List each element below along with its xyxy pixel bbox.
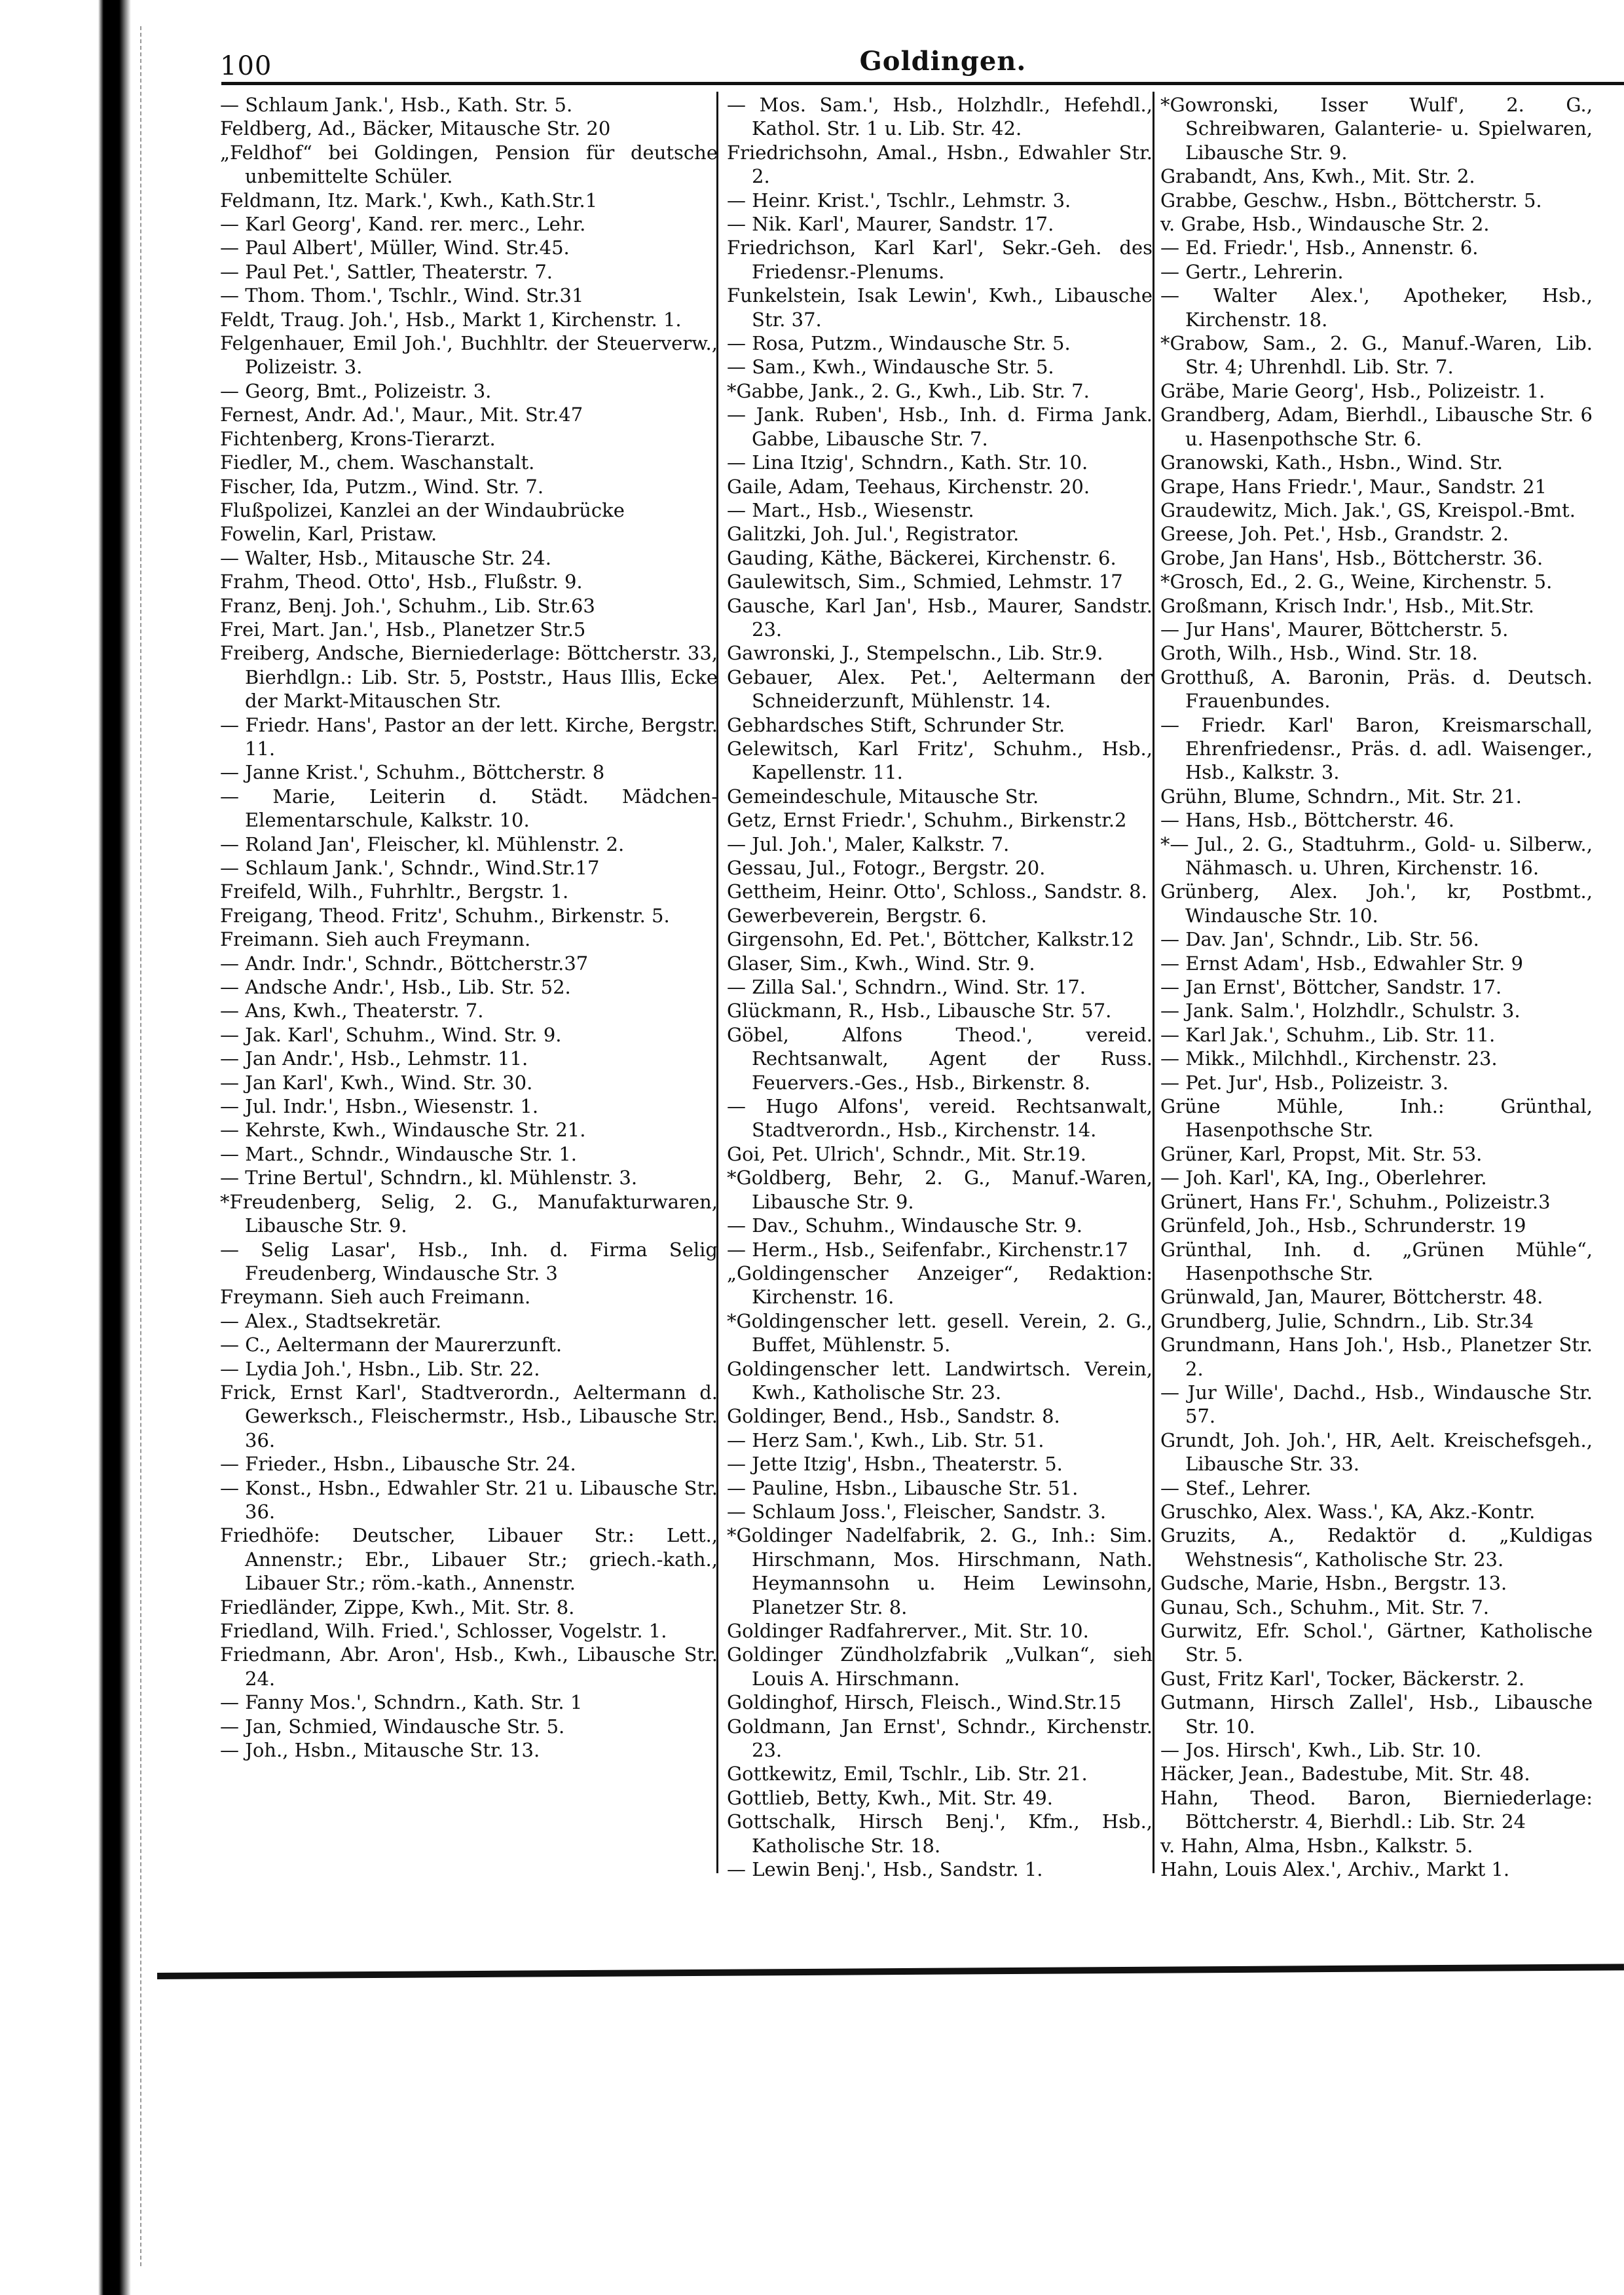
directory-entry: — Konst., Hsbn., Edwahler Str. 21 u. Lib…	[220, 1476, 718, 1524]
directory-entry: Funkelstein, Isak Lewin', Kwh., Libausch…	[727, 284, 1153, 331]
directory-entry: Gust, Fritz Karl', Tocker, Bäckerstr. 2.	[1160, 1667, 1593, 1690]
directory-entry: Gaulewitsch, Sim., Schmied, Lehmstr. 17	[727, 570, 1153, 593]
directory-entry: Fiedler, M., chem. Waschanstalt.	[220, 451, 718, 474]
directory-entry: *Gowronski, Isser Wulf', 2. G., Schreibw…	[1160, 93, 1593, 164]
directory-entry: — Walter, Hsb., Mitausche Str. 24.	[220, 546, 718, 570]
directory-entry: Hahn, Theod. Baron, Bierniederlage: Bött…	[1160, 1786, 1593, 1834]
directory-entry: Friedländer, Zippe, Kwh., Mit. Str. 8.	[220, 1595, 718, 1619]
directory-entry: Greese, Joh. Pet.', Hsb., Grandstr. 2.	[1160, 522, 1593, 546]
directory-entry: Gurwitz, Efr. Schol.', Gärtner, Katholis…	[1160, 1619, 1593, 1667]
directory-entry: Grape, Hans Friedr.', Maur., Sandstr. 21	[1160, 475, 1593, 498]
directory-entry: Gausche, Karl Jan', Hsb., Maurer, Sandst…	[727, 594, 1153, 642]
directory-entry: Göbel, Alfons Theod.', vereid. Rechtsanw…	[727, 1023, 1153, 1094]
directory-entry: — Jan Andr.', Hsb., Lehmstr. 11.	[220, 1047, 718, 1070]
directory-entry: — Mart., Schndr., Windausche Str. 1.	[220, 1142, 718, 1166]
directory-entry: *Grabow, Sam., 2. G., Manuf.-Waren, Lib.…	[1160, 331, 1593, 379]
directory-entry: — Alex., Stadtsekretär.	[220, 1309, 718, 1333]
directory-entry: — Nik. Karl', Maurer, Sandstr. 17.	[727, 212, 1153, 236]
directory-entry: — Jur Hans', Maurer, Böttcherstr. 5.	[1160, 618, 1593, 641]
directory-entry: — Frieder., Hsbn., Libausche Str. 24.	[220, 1452, 718, 1476]
directory-entry: Gunau, Sch., Schuhm., Mit. Str. 7.	[1160, 1595, 1593, 1619]
footer-rule	[157, 1964, 1624, 1979]
directory-entry: Gettheim, Heinr. Otto', Schloss., Sandst…	[727, 880, 1153, 903]
directory-entry: Gawronski, J., Stempelschn., Lib. Str.9.	[727, 641, 1153, 665]
directory-entry: Hahn, Louis Alex.', Archiv., Markt 1.	[1160, 1857, 1593, 1881]
directory-entry: — Herm., Hsb., Seifenfabr., Kirchenstr.1…	[727, 1238, 1153, 1261]
directory-entry: — Friedr. Hans', Pastor an der lett. Kir…	[220, 713, 718, 761]
directory-entry: *Goldingenscher lett. gesell. Verein, 2.…	[727, 1309, 1153, 1357]
directory-entry: Feldt, Traug. Joh.', Hsb., Markt 1, Kirc…	[220, 308, 718, 331]
directory-entry: — Hugo Alfons', vereid. Rechtsanwalt, St…	[727, 1094, 1153, 1142]
directory-entry: — Ed. Friedr.', Hsb., Annenstr. 6.	[1160, 236, 1593, 259]
directory-entry: Friedland, Wilh. Fried.', Schlosser, Vog…	[220, 1619, 718, 1643]
directory-entry: — Jos. Hirsch', Kwh., Lib. Str. 10.	[1160, 1738, 1593, 1762]
directory-entry: Freimann. Sieh auch Freymann.	[220, 927, 718, 951]
directory-entry: Häcker, Jean., Badestube, Mit. Str. 48.	[1160, 1762, 1593, 1785]
directory-entry: — Zilla Sal.', Schndrn., Wind. Str. 17.	[727, 975, 1153, 999]
directory-entry: Grundt, Joh. Joh.', HR, Aelt. Kreischefs…	[1160, 1428, 1593, 1476]
directory-entry: Frei, Mart. Jan.', Hsb., Planetzer Str.5	[220, 618, 718, 641]
directory-entry: Feldberg, Ad., Bäcker, Mitausche Str. 20	[220, 117, 718, 140]
directory-entry: Groth, Wilh., Hsb., Wind. Str. 18.	[1160, 641, 1593, 665]
directory-entry: — Jan Ernst', Böttcher, Sandstr. 17.	[1160, 975, 1593, 999]
directory-entry: — Ernst Adam', Hsb., Edwahler Str. 9	[1160, 952, 1593, 975]
directory-entry: Frahm, Theod. Otto', Hsb., Flußstr. 9.	[220, 570, 718, 593]
directory-entry: — Joh., Hsbn., Mitausche Str. 13.	[220, 1738, 718, 1762]
directory-entry: Grobe, Jan Hans', Hsb., Böttcherstr. 36.	[1160, 546, 1593, 570]
directory-entry: Gräbe, Marie Georg', Hsb., Polizeistr. 1…	[1160, 379, 1593, 403]
directory-entry: — Janne Krist.', Schuhm., Böttcherstr. 8	[220, 760, 718, 784]
directory-entry: Fischer, Ida, Putzm., Wind. Str. 7.	[220, 475, 718, 498]
directory-entry: *— Jul., 2. G., Stadtuhrm., Gold- u. Sil…	[1160, 832, 1593, 880]
directory-entry: *Grosch, Ed., 2. G., Weine, Kirchenstr. …	[1160, 570, 1593, 593]
directory-entry: — Schlaum Joss.', Fleischer, Sandstr. 3.	[727, 1500, 1153, 1523]
directory-entry: — Gertr., Lehrerin.	[1160, 260, 1593, 284]
directory-entry: Grühn, Blume, Schndrn., Mit. Str. 21.	[1160, 785, 1593, 808]
directory-entry: *Freudenberg, Selig, 2. G., Manufakturwa…	[220, 1190, 718, 1238]
directory-entry: Gauding, Käthe, Bäckerei, Kirchenstr. 6.	[727, 546, 1153, 570]
directory-column-1: — Schlaum Jank.', Hsb., Kath. Str. 5.Fel…	[220, 93, 718, 1762]
directory-entry: Gebauer, Alex. Pet.', Aeltermann der Sch…	[727, 665, 1153, 713]
directory-entry: Grundberg, Julie, Schndrn., Lib. Str.34	[1160, 1309, 1593, 1333]
directory-entry: Graudewitz, Mich. Jak.', GS, Kreispol.-B…	[1160, 498, 1593, 522]
directory-entry: — Kehrste, Kwh., Windausche Str. 21.	[220, 1118, 718, 1142]
directory-entry: Gebhardsches Stift, Schrunder Str.	[727, 713, 1153, 737]
directory-entry: v. Hahn, Alma, Hsbn., Kalkstr. 5.	[1160, 1834, 1593, 1857]
directory-entry: Goldinger Zündholzfabrik „Vulkan“, sieh …	[727, 1643, 1153, 1690]
directory-entry: — Georg, Bmt., Polizeistr. 3.	[220, 379, 718, 403]
directory-entry: Feldmann, Itz. Mark.', Kwh., Kath.Str.1	[220, 189, 718, 212]
directory-entry: Gessau, Jul., Fotogr., Bergstr. 20.	[727, 856, 1153, 880]
page-number: 100	[220, 51, 272, 81]
directory-entry: Freiberg, Andsche, Bierniederlage: Böttc…	[220, 641, 718, 713]
header-rule	[221, 82, 1624, 85]
directory-entry: v. Grabe, Hsb., Windausche Str. 2.	[1160, 212, 1593, 236]
directory-entry: „Feldhof“ bei Goldingen, Pension für deu…	[220, 141, 718, 189]
directory-entry: — Mikk., Milchhdl., Kirchenstr. 23.	[1160, 1047, 1593, 1070]
directory-entry: *Goldinger Nadelfabrik, 2. G., Inh.: Sim…	[727, 1523, 1153, 1619]
directory-entry: — Jul. Indr.', Hsbn., Wiesenstr. 1.	[220, 1094, 718, 1118]
directory-entry: — Trine Bertul', Schndrn., kl. Mühlenstr…	[220, 1166, 718, 1189]
directory-entry: Gruschko, Alex. Wass.', KA, Akz.-Kontr.	[1160, 1500, 1593, 1523]
directory-entry: Girgensohn, Ed. Pet.', Böttcher, Kalkstr…	[727, 927, 1153, 951]
directory-entry: — Selig Lasar', Hsb., Inh. d. Firma Seli…	[220, 1238, 718, 1286]
directory-entry: — Herz Sam.', Kwh., Lib. Str. 51.	[727, 1428, 1153, 1452]
directory-entry: Gelewitsch, Karl Fritz', Schuhm., Hsb., …	[727, 737, 1153, 785]
directory-entry: Goldingenscher lett. Landwirtsch. Verein…	[727, 1357, 1153, 1405]
directory-entry: Fichtenberg, Krons-Tierarzt.	[220, 427, 718, 451]
directory-entry: — Rosa, Putzm., Windausche Str. 5.	[727, 331, 1153, 355]
directory-entry: Gaile, Adam, Teehaus, Kirchenstr. 20.	[727, 475, 1153, 498]
directory-entry: Felgenhauer, Emil Joh.', Buchhltr. der S…	[220, 331, 718, 379]
directory-entry: Großmann, Krisch Indr.', Hsb., Mit.Str.	[1160, 594, 1593, 618]
directory-entry: — Marie, Leiterin d. Städt. Mädchen-Elem…	[220, 785, 718, 832]
directory-entry: Gottschalk, Hirsch Benj.', Kfm., Hsb., K…	[727, 1810, 1153, 1857]
directory-entry: Fowelin, Karl, Pristaw.	[220, 522, 718, 546]
directory-entry: — Jank. Salm.', Holzhdlr., Schulstr. 3.	[1160, 999, 1593, 1022]
directory-entry: — Lina Itzig', Schndrn., Kath. Str. 10.	[727, 451, 1153, 474]
directory-entry: — C., Aeltermann der Maurerzunft.	[220, 1333, 718, 1356]
directory-entry: Getz, Ernst Friedr.', Schuhm., Birkenstr…	[727, 808, 1153, 832]
directory-entry: Grünwald, Jan, Maurer, Böttcherstr. 48.	[1160, 1285, 1593, 1309]
directory-entry: — Schlaum Jank.', Hsb., Kath. Str. 5.	[220, 93, 718, 117]
directory-entry: — Dav. Jan', Schndr., Lib. Str. 56.	[1160, 927, 1593, 951]
directory-entry: Freigang, Theod. Fritz', Schuhm., Birken…	[220, 904, 718, 927]
directory-entry: Glaser, Sim., Kwh., Wind. Str. 9.	[727, 952, 1153, 975]
directory-entry: *Gabbe, Jank., 2. G., Kwh., Lib. Str. 7.	[727, 379, 1153, 403]
directory-entry: Freifeld, Wilh., Fuhrhltr., Bergstr. 1.	[220, 880, 718, 903]
directory-entry: Goi, Pet. Ulrich', Schndr., Mit. Str.19.	[727, 1142, 1153, 1166]
directory-entry: Glückmann, R., Hsb., Libausche Str. 57.	[727, 999, 1153, 1022]
directory-entry: Goldinger Radfahrerver., Mit. Str. 10.	[727, 1619, 1153, 1643]
directory-entry: — Karl Jak.', Schuhm., Lib. Str. 11.	[1160, 1023, 1593, 1047]
directory-entry: Grünert, Hans Fr.', Schuhm., Polizeistr.…	[1160, 1190, 1593, 1214]
directory-entry: Gruzits, A., Redaktör d. „Kuldigas Wehst…	[1160, 1523, 1593, 1571]
directory-entry: — Joh. Karl', KA, Ing., Oberlehrer.	[1160, 1166, 1593, 1189]
directory-entry: — Jette Itzig', Hsbn., Theaterstr. 5.	[727, 1452, 1153, 1476]
directory-entry: — Heinr. Krist.', Tschlr., Lehmstr. 3.	[727, 189, 1153, 212]
directory-entry: — Andr. Indr.', Schndr., Böttcherstr.37	[220, 952, 718, 975]
directory-entry: Flußpolizei, Kanzlei an der Windaubrücke	[220, 498, 718, 522]
directory-entry: — Dav., Schuhm., Windausche Str. 9.	[727, 1214, 1153, 1237]
directory-entry: Grünfeld, Joh., Hsb., Schrunderstr. 19	[1160, 1214, 1593, 1237]
directory-entry: — Jank. Ruben', Hsb., Inh. d. Firma Jank…	[727, 403, 1153, 451]
directory-entry: — Roland Jan', Fleischer, kl. Mühlenstr.…	[220, 832, 718, 856]
directory-column-2: — Mos. Sam.', Hsb., Holzhdlr., Hefehdl.,…	[727, 93, 1153, 1881]
directory-entry: Franz, Benj. Joh.', Schuhm., Lib. Str.63	[220, 594, 718, 618]
directory-entry: — Walter Alex.', Apotheker, Hsb., Kirche…	[1160, 284, 1593, 331]
directory-entry: Grabandt, Ans, Kwh., Mit. Str. 2.	[1160, 164, 1593, 188]
directory-entry: Gemeindeschule, Mitausche Str.	[727, 785, 1153, 808]
directory-entry: Grüne Mühle, Inh.: Grünthal, Hasenpothsc…	[1160, 1094, 1593, 1142]
directory-entry: — Jan, Schmied, Windausche Str. 5.	[220, 1715, 718, 1738]
directory-entry: — Andsche Andr.', Hsb., Lib. Str. 52.	[220, 975, 718, 999]
directory-entry: Granowski, Kath., Hsbn., Wind. Str.	[1160, 451, 1593, 474]
directory-entry: Friedhöfe: Deutscher, Libauer Str.: Lett…	[220, 1523, 718, 1595]
directory-entry: Grüner, Karl, Propst, Mit. Str. 53.	[1160, 1142, 1593, 1166]
directory-entry: Goldmann, Jan Ernst', Schndr., Kirchenst…	[727, 1715, 1153, 1763]
directory-entry: Gottkewitz, Emil, Tschlr., Lib. Str. 21.	[727, 1762, 1153, 1785]
directory-entry: Galitzki, Joh. Jul.', Registrator.	[727, 522, 1153, 546]
book-binding-edge	[0, 0, 131, 2295]
directory-entry: — Schlaum Jank.', Schndr., Wind.Str.17	[220, 856, 718, 880]
column-divider	[1153, 92, 1154, 1873]
directory-entry: Goldinger, Bend., Hsb., Sandstr. 8.	[727, 1404, 1153, 1428]
directory-entry: Grünberg, Alex. Joh.', kr, Postbmt., Win…	[1160, 880, 1593, 927]
directory-column-3: *Gowronski, Isser Wulf', 2. G., Schreibw…	[1160, 93, 1593, 1881]
directory-entry: — Mart., Hsb., Wiesenstr.	[727, 498, 1153, 522]
directory-entry: *Goldberg, Behr, 2. G., Manuf.-Waren, Li…	[727, 1166, 1153, 1214]
directory-entry: Grandberg, Adam, Bierhdl., Libausche Str…	[1160, 403, 1593, 451]
directory-entry: Frick, Ernst Karl', Stadtverordn., Aelte…	[220, 1381, 718, 1452]
directory-entry: — Fanny Mos.', Schndrn., Kath. Str. 1	[220, 1690, 718, 1714]
directory-entry: — Stef., Lehrer.	[1160, 1476, 1593, 1500]
directory-entry: Gutmann, Hirsch Zallel', Hsb., Libausche…	[1160, 1690, 1593, 1738]
directory-entry: „Goldingenscher Anzeiger“, Redaktion: Ki…	[727, 1261, 1153, 1309]
directory-entry: — Jul. Joh.', Maler, Kalkstr. 7.	[727, 832, 1153, 856]
directory-entry: — Karl Georg', Kand. rer. merc., Lehr.	[220, 212, 718, 236]
directory-entry: — Ans, Kwh., Theaterstr. 7.	[220, 999, 718, 1022]
directory-entry: — Paul Pet.', Sattler, Theaterstr. 7.	[220, 260, 718, 284]
directory-entry: — Jur Wille', Dachd., Hsb., Windausche S…	[1160, 1381, 1593, 1428]
directory-entry: — Jak. Karl', Schuhm., Wind. Str. 9.	[220, 1023, 718, 1047]
directory-entry: — Thom. Thom.', Tschlr., Wind. Str.31	[220, 284, 718, 307]
directory-entry: Gewerbeverein, Bergstr. 6.	[727, 904, 1153, 927]
running-title: Goldingen.	[720, 46, 1166, 77]
directory-entry: Grundmann, Hans Joh.', Hsb., Planetzer S…	[1160, 1333, 1593, 1381]
directory-entry: Friedmann, Abr. Aron', Hsb., Kwh., Libau…	[220, 1643, 718, 1690]
directory-entry: — Mos. Sam.', Hsb., Holzhdlr., Hefehdl.,…	[727, 93, 1153, 141]
directory-entry: — Pauline, Hsbn., Libausche Str. 51.	[727, 1476, 1153, 1500]
directory-entry: Gottlieb, Betty, Kwh., Mit. Str. 49.	[727, 1786, 1153, 1810]
directory-entry: — Friedr. Karl' Baron, Kreismarschall, E…	[1160, 713, 1593, 785]
directory-entry: — Sam., Kwh., Windausche Str. 5.	[727, 355, 1153, 379]
directory-entry: — Pet. Jur', Hsb., Polizeistr. 3.	[1160, 1071, 1593, 1094]
directory-entry: Freymann. Sieh auch Freimann.	[220, 1285, 718, 1309]
directory-entry: Fernest, Andr. Ad.', Maur., Mit. Str.47	[220, 403, 718, 426]
directory-entry: Friedrichson, Karl Karl', Sekr.-Geh. des…	[727, 236, 1153, 284]
directory-entry: — Lydia Joh.', Hsbn., Lib. Str. 22.	[220, 1357, 718, 1381]
directory-entry: — Lewin Benj.', Hsb., Sandstr. 1.	[727, 1857, 1153, 1881]
directory-entry: Goldinghof, Hirsch, Fleisch., Wind.Str.1…	[727, 1690, 1153, 1714]
directory-entry: Gudsche, Marie, Hsbn., Bergstr. 13.	[1160, 1571, 1593, 1595]
directory-entry: — Jan Karl', Kwh., Wind. Str. 30.	[220, 1071, 718, 1094]
directory-entry: Grabbe, Geschw., Hsbn., Böttcherstr. 5.	[1160, 189, 1593, 212]
directory-entry: — Hans, Hsb., Böttcherstr. 46.	[1160, 808, 1593, 832]
directory-entry: Grotthuß, A. Baronin, Präs. d. Deutsch. …	[1160, 665, 1593, 713]
directory-entry: — Paul Albert', Müller, Wind. Str.45.	[220, 236, 718, 259]
directory-entry: Grünthal, Inh. d. „Grünen Mühle“, Hasenp…	[1160, 1238, 1593, 1286]
directory-entry: Friedrichsohn, Amal., Hsbn., Edwahler St…	[727, 141, 1153, 189]
